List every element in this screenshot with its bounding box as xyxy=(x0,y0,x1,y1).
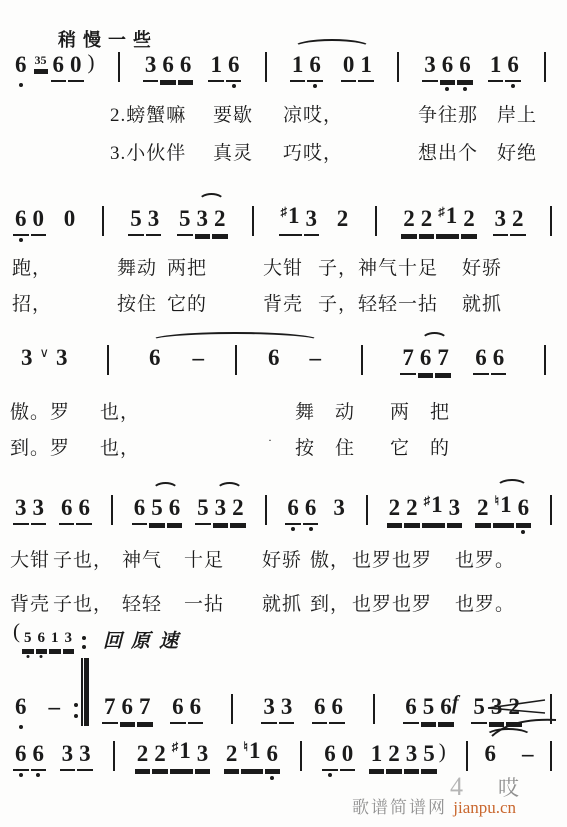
flex-spacer xyxy=(256,235,278,236)
note: 5 xyxy=(149,495,165,525)
lyric-segment: 轻轻一拈 xyxy=(358,289,438,316)
lyric-segment: 真灵 xyxy=(213,138,253,165)
flex-spacer xyxy=(96,81,116,82)
lyric-segment: 神气 xyxy=(122,545,162,572)
spacer xyxy=(207,374,233,375)
barline xyxy=(252,206,254,236)
lyric-segment: 到。罗 xyxy=(10,433,70,460)
sheet-music-page: 稍慢一些 63560)3661616013661660053532♯13222♯… xyxy=(0,0,567,827)
lyric-segment: 傲， xyxy=(310,545,350,572)
note: 6 xyxy=(440,52,456,82)
flex-spacer xyxy=(478,235,492,236)
flex-spacer xyxy=(346,723,371,724)
low-octave-dot xyxy=(445,87,449,91)
dot xyxy=(74,714,78,718)
note: 1 xyxy=(488,52,504,82)
flex-spacer xyxy=(229,235,251,236)
note: 1 xyxy=(208,52,224,82)
lyric-segment: 大钳 xyxy=(263,253,303,280)
lyric-segment: 2.螃蟹嘛 xyxy=(110,100,186,127)
flex-spacer xyxy=(122,81,142,82)
accidental-natural: ♮ xyxy=(243,739,248,754)
lyric-segment: 它的 xyxy=(167,289,207,316)
flex-spacer xyxy=(235,723,260,724)
flex-spacer xyxy=(365,374,400,375)
low-octave-dot xyxy=(313,84,317,88)
lyric-row-6: 到。罗也，·按 住它 的 xyxy=(0,433,567,457)
lyric-row-2: 3.小伙伴真灵巧哎，想出个好绝 xyxy=(0,138,567,162)
flex-spacer xyxy=(447,770,464,771)
lyric-row-8: 背壳子也，轻轻一拈就抓到，也罗也罗也罗。 xyxy=(0,589,567,613)
lyric-segment: 背壳 xyxy=(263,289,303,316)
note: 3 xyxy=(213,495,229,525)
note: 5 xyxy=(471,694,487,724)
note: 2 xyxy=(475,495,491,525)
low-octave-dot xyxy=(19,238,23,242)
flex-spacer xyxy=(532,524,548,525)
note: 6 xyxy=(13,206,29,236)
note: 3 xyxy=(54,345,70,375)
watermark: 歌谱简谱网 jianpu.cn xyxy=(352,793,516,818)
barline xyxy=(231,694,233,724)
note: 2 xyxy=(230,495,246,525)
lyric-segment: · xyxy=(268,433,273,448)
flex-spacer xyxy=(204,723,229,724)
lyric-segment: 也罗也罗 xyxy=(352,589,432,616)
forte-dynamic-marking: f xyxy=(452,692,459,715)
note: 6 xyxy=(403,694,419,724)
lyric-segment: 好绝 xyxy=(497,138,537,165)
lyric-segment: 它 的 xyxy=(390,433,450,460)
low-octave-dot xyxy=(19,83,23,87)
breath-mark-icon: ∨ xyxy=(40,346,50,361)
note: 6 xyxy=(13,741,29,771)
music-line-6: 6–767663366656532 xyxy=(12,656,554,724)
note: 3 xyxy=(261,694,277,724)
note: 5 xyxy=(177,206,193,236)
spacer xyxy=(324,81,340,82)
barline xyxy=(466,741,468,771)
note: 6 xyxy=(285,495,301,525)
flex-spacer xyxy=(47,524,58,525)
note: 6 xyxy=(132,495,148,525)
accidental-sharp: ♯ xyxy=(438,204,445,219)
flex-spacer xyxy=(522,81,542,82)
spacer xyxy=(36,374,38,375)
note: 6 xyxy=(491,345,507,375)
flex-spacer xyxy=(78,235,100,236)
note: 3 xyxy=(404,741,420,771)
watermark-url: jianpu.cn xyxy=(453,798,516,817)
repeat-dots-icon xyxy=(82,633,86,651)
dash-note: – xyxy=(307,345,323,375)
note: 3 xyxy=(60,741,76,771)
barline xyxy=(235,345,237,375)
note: 0 xyxy=(68,52,84,82)
note: 6 xyxy=(170,694,186,724)
lyric-segment: 到， xyxy=(310,589,350,616)
barline xyxy=(118,52,120,82)
low-octave-dot xyxy=(36,773,40,777)
flex-spacer xyxy=(93,524,109,525)
flex-spacer xyxy=(242,81,262,82)
note: 5 xyxy=(421,694,437,724)
note: 2 xyxy=(335,206,351,236)
flex-spacer xyxy=(474,81,487,82)
note: ♮1 xyxy=(241,738,262,771)
flex-spacer xyxy=(295,723,311,724)
dash-note: – xyxy=(190,345,206,375)
lyric-segment: 跑， xyxy=(12,253,52,280)
barline xyxy=(102,206,104,236)
note: 6 xyxy=(265,741,281,771)
note: 6 xyxy=(76,495,92,525)
dot xyxy=(74,703,78,707)
note: 2 xyxy=(461,206,477,236)
note: 3 xyxy=(331,495,347,525)
lyric-segment: 两 把 xyxy=(390,397,450,424)
parenthesis: ) xyxy=(438,739,447,768)
flex-spacer xyxy=(320,235,334,236)
note: 6 xyxy=(36,630,48,651)
note: 1 xyxy=(290,52,306,82)
spacer xyxy=(51,374,53,375)
repeat-dots-icon xyxy=(74,696,78,724)
lyric-segment: 一拈 xyxy=(184,589,224,616)
barline xyxy=(544,345,546,375)
spacer xyxy=(85,81,87,82)
low-octave-dot xyxy=(511,84,515,88)
note: 2 xyxy=(404,495,420,525)
slur-group: 6– xyxy=(481,741,536,771)
lyric-row-3: 跑，舞动两把大钳子，神气十足好骄 xyxy=(0,253,567,277)
tie-slur-icon xyxy=(488,714,560,738)
spacer xyxy=(239,374,265,375)
flex-spacer xyxy=(183,524,194,525)
note: 6 xyxy=(13,52,29,82)
flex-spacer xyxy=(106,235,128,236)
note: 6 xyxy=(307,52,323,82)
lyric-segment: 舞 动 xyxy=(295,397,355,424)
flex-spacer xyxy=(324,374,359,375)
note: 6 xyxy=(473,345,489,375)
note: 6 xyxy=(120,694,136,724)
accidental-sharp: ♯ xyxy=(424,493,431,508)
barline xyxy=(550,495,552,525)
music-line-2: 60053532♯13222♯1232 xyxy=(12,203,554,236)
barline xyxy=(111,495,113,525)
grace-notes: 35 xyxy=(34,53,48,71)
barline xyxy=(373,694,375,724)
note: 0 xyxy=(340,741,356,771)
flex-spacer xyxy=(154,723,170,724)
lyric-segment: 子， xyxy=(318,289,358,316)
flex-spacer xyxy=(319,524,330,525)
lyric-segment: 巧哎， xyxy=(283,138,343,165)
note: 3 xyxy=(304,206,320,236)
note: 3 xyxy=(422,52,438,82)
note: 6 xyxy=(13,694,29,724)
music-line-4: 336665653266322♯132♮16 xyxy=(12,492,554,525)
spacer xyxy=(30,81,32,82)
music-line-1: 63560)36616160136616 xyxy=(12,52,548,82)
note: 7 xyxy=(102,694,118,724)
note: 2 xyxy=(401,206,417,236)
note: 2 xyxy=(387,495,403,525)
dash-note: – xyxy=(47,694,63,724)
lyric-segment: 舞动 xyxy=(117,253,157,280)
lyric-row-5: 傲。罗也，舞 动两 把 xyxy=(0,397,567,421)
tempo-return-marking: 回原速 xyxy=(89,626,187,653)
note: 5 xyxy=(22,630,34,651)
note: 6 xyxy=(59,495,75,525)
note: 6 xyxy=(418,345,434,375)
flex-spacer xyxy=(111,374,146,375)
lyric-segment: 就抓 xyxy=(262,589,302,616)
note: ♯1 xyxy=(436,203,459,236)
lyric-segment: 想出个 xyxy=(418,138,478,165)
flex-spacer xyxy=(348,524,364,525)
dot xyxy=(82,645,86,649)
note: 3 xyxy=(195,741,211,771)
note: 6 xyxy=(266,345,282,375)
note: 7 xyxy=(435,345,451,375)
lyric-segment: 也罗。 xyxy=(455,545,515,572)
note: 3 xyxy=(493,206,509,236)
note: 0 xyxy=(62,206,78,236)
flex-spacer xyxy=(463,524,474,525)
note: 3 xyxy=(13,495,29,525)
spacer xyxy=(30,723,46,724)
accidental-natural: ♮ xyxy=(495,493,500,508)
flex-spacer xyxy=(507,374,542,375)
spacer xyxy=(75,650,79,651)
low-octave-dot xyxy=(232,84,236,88)
flex-spacer xyxy=(94,770,111,771)
flex-spacer xyxy=(47,770,59,771)
flex-spacer xyxy=(115,524,131,525)
lyric-segment: 招， xyxy=(12,289,52,316)
flex-spacer xyxy=(269,524,285,525)
note: 3 xyxy=(77,741,93,771)
note: 3 xyxy=(31,495,47,525)
slur-group: 67 xyxy=(417,345,452,375)
note: 2 xyxy=(510,206,526,236)
lyric-segment: 也罗也罗 xyxy=(352,545,432,572)
lyric-segment: 凉哎， xyxy=(283,100,343,127)
note: 6 xyxy=(312,694,328,724)
note: 6 xyxy=(147,345,163,375)
repeat-double-barline xyxy=(81,658,89,726)
barline xyxy=(107,345,109,375)
note: ♮1 xyxy=(493,492,514,525)
low-octave-dot xyxy=(270,776,274,780)
flex-spacer xyxy=(527,235,549,236)
note: 6 xyxy=(167,495,183,525)
note: 7 xyxy=(137,694,153,724)
note: 3 xyxy=(19,345,35,375)
flex-spacer xyxy=(370,524,386,525)
spacer xyxy=(282,374,306,375)
note: 3 xyxy=(447,495,463,525)
lyric-segment: 3.小伙伴 xyxy=(110,138,186,165)
note: 6 xyxy=(505,52,521,82)
note: 1 xyxy=(49,630,61,651)
slur-group: 6–6– xyxy=(146,345,324,375)
flex-spacer xyxy=(375,81,395,82)
flex-spacer xyxy=(356,770,368,771)
note: 6 xyxy=(516,495,532,525)
flex-spacer xyxy=(401,81,421,82)
lyric-segment: 也， xyxy=(100,433,140,460)
barline xyxy=(300,741,302,771)
flex-spacer xyxy=(162,235,176,236)
lyric-segment: 两把 xyxy=(167,253,207,280)
flex-spacer xyxy=(536,770,548,771)
note: 6 xyxy=(457,52,473,82)
spacer xyxy=(499,770,519,771)
note: 6 xyxy=(226,52,242,82)
barline xyxy=(113,741,115,771)
note: 6 xyxy=(303,495,319,525)
parenthesis: ) xyxy=(87,50,96,79)
barline xyxy=(265,495,267,525)
note: 2 xyxy=(386,741,402,771)
spacer xyxy=(63,723,71,724)
lyric-segment: 按 住 xyxy=(295,433,355,460)
barline xyxy=(550,741,552,771)
barline xyxy=(375,206,377,236)
note: 3 xyxy=(279,694,295,724)
note: 6 xyxy=(322,741,338,771)
lyric-segment: 子， xyxy=(318,253,358,280)
slur-group: 32 xyxy=(194,206,229,236)
low-octave-dot xyxy=(463,87,467,91)
lyric-row-7: 大钳子也，神气十足好骄傲，也罗也罗也罗。 xyxy=(0,545,567,569)
note: 6 xyxy=(482,741,498,771)
watermark-site: 歌谱简谱网 xyxy=(352,798,453,817)
barline xyxy=(544,52,546,82)
barline xyxy=(397,52,399,82)
barline xyxy=(361,345,363,375)
low-octave-dot xyxy=(19,725,23,729)
lyric-row-1: 2.螃蟹嘛要歇凉哎，争往那岸上 xyxy=(0,100,567,124)
lyric-segment: 神气十足 xyxy=(358,253,438,280)
slur-group: 32 xyxy=(212,495,247,525)
lyric-segment: 好骄 xyxy=(262,545,302,572)
barline xyxy=(550,206,552,236)
flex-spacer xyxy=(211,770,223,771)
lyric-segment: 按住 xyxy=(117,289,157,316)
accidental-sharp: ♯ xyxy=(172,739,179,754)
music-line-3: 3∨36–6–76766 xyxy=(18,345,548,375)
low-octave-dot xyxy=(328,773,332,777)
accidental-sharp: ♯ xyxy=(281,204,288,219)
note: 6 xyxy=(188,694,204,724)
flex-spacer xyxy=(470,770,482,771)
spacer xyxy=(89,723,101,724)
lyric-segment: 子也， xyxy=(53,589,113,616)
flex-spacer xyxy=(194,81,207,82)
flex-spacer xyxy=(71,374,106,375)
note: 6 xyxy=(160,52,176,82)
note: 0 xyxy=(341,52,357,82)
lyric-segment: 子也， xyxy=(53,545,113,572)
flex-spacer xyxy=(455,723,471,724)
lyric-segment: 背壳 xyxy=(10,589,50,616)
note: 5 xyxy=(195,495,211,525)
parenthesis: ( xyxy=(12,619,21,648)
note: 3 xyxy=(143,52,159,82)
flex-spacer xyxy=(379,235,401,236)
dash-note: – xyxy=(520,741,536,771)
lyric-segment: 要歇 xyxy=(213,100,253,127)
lyric-segment: 岸上 xyxy=(497,100,537,127)
lyric-segment: 也， xyxy=(100,397,140,424)
low-octave-dot xyxy=(19,773,23,777)
lyric-segment: 轻轻 xyxy=(122,589,162,616)
flex-spacer xyxy=(47,235,61,236)
note: 7 xyxy=(400,345,416,375)
note: 6 xyxy=(31,741,47,771)
slur-group: ♮16 xyxy=(492,492,533,525)
lyric-row-4: 招，按住它的背壳子，轻轻一拈就抓 xyxy=(0,289,567,313)
note: 6 xyxy=(51,52,67,82)
lyric-segment: 就抓 xyxy=(462,289,502,316)
tempo-marking: 稍慢一些 xyxy=(58,26,158,52)
slur-group: 1601 xyxy=(289,52,375,82)
dot xyxy=(82,636,86,640)
lyric-segment: 大钳 xyxy=(10,545,50,572)
note: 2 xyxy=(152,741,168,771)
note: 3 xyxy=(146,206,162,236)
flex-spacer xyxy=(452,374,472,375)
low-octave-dot xyxy=(521,530,525,534)
note: 1 xyxy=(369,741,385,771)
note: ♯1 xyxy=(170,738,193,771)
note: 3 xyxy=(195,206,211,236)
note: 3 xyxy=(63,630,75,651)
slur-group: 56 xyxy=(148,495,183,525)
low-octave-dot xyxy=(309,527,313,531)
flex-spacer xyxy=(304,770,321,771)
note: 5 xyxy=(128,206,144,236)
lyric-segment: 也罗。 xyxy=(455,589,515,616)
music-line-7: 663322♯132♮16601235)6– xyxy=(12,738,554,771)
lyric-segment: 傲。罗 xyxy=(10,397,70,424)
flex-spacer xyxy=(117,770,134,771)
barline xyxy=(366,495,368,525)
note: 2 xyxy=(135,741,151,771)
low-octave-dot xyxy=(291,527,295,531)
flex-spacer xyxy=(281,770,298,771)
flex-spacer xyxy=(351,235,373,236)
note: ♯1 xyxy=(279,203,302,236)
note: 1 xyxy=(358,52,374,82)
note: 0 xyxy=(31,206,47,236)
spacer xyxy=(163,374,189,375)
music-line-5: (5613回原速 xyxy=(12,622,187,651)
flex-spacer xyxy=(247,524,263,525)
lyric-segment: 争往那 xyxy=(418,100,478,127)
note: 2 xyxy=(419,206,435,236)
note: 6 xyxy=(178,52,194,82)
flex-spacer xyxy=(269,81,289,82)
note: 6 xyxy=(329,694,345,724)
flex-spacer xyxy=(377,723,402,724)
lyric-segment: 好骄 xyxy=(462,253,502,280)
note: 2 xyxy=(212,206,228,236)
